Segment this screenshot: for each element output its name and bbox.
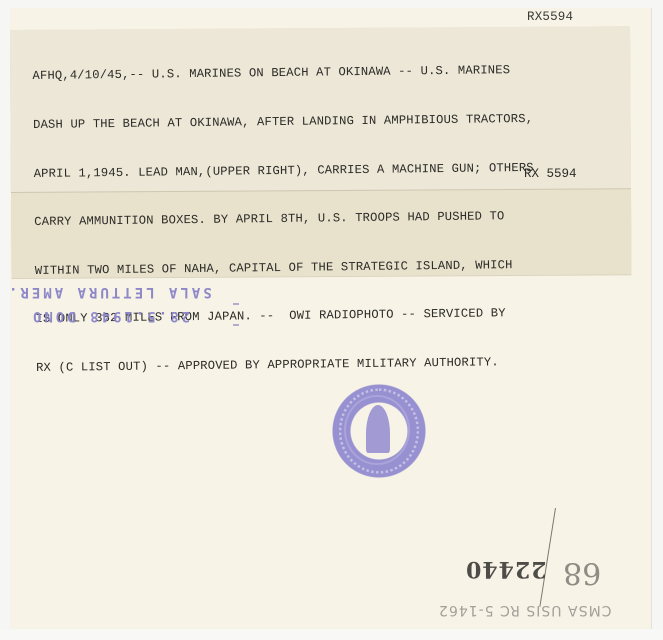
caption-text: AFHQ,4/10/45,-- U.S. MARINES ON BEACH AT… [32,29,636,393]
library-stamp-line1: SALA LETTURA AMER. [6,284,212,300]
stamp-dash [233,324,239,326]
reference-number-bottom: RX 5594 [524,167,577,181]
caption-line: RX (C LIST OUT) -- APPROVED BY APPROPRIA… [36,353,636,377]
library-stamp-line2: 28.5.1948 DONO [30,308,190,324]
scan-background-edge [0,630,663,640]
caption-line: WITHIN TWO MILES OF NAHA, CAPITAL OF THE… [35,255,635,279]
stamp-dash [233,303,239,305]
handwritten-number: 68 [563,555,601,590]
pencil-archive-note: CMSA USIS RC 5-1462 [438,602,611,618]
reference-number-top: RX5594 [527,10,573,24]
inventory-number-stamp: 22440 [465,556,547,582]
caption-line: DASH UP THE BEACH AT OKINAWA, AFTER LAND… [33,110,633,134]
ink-seal [330,379,428,483]
caption-line: CARRY AMMUNITION BOXES. BY APRIL 8TH, U.… [34,207,634,231]
caption-line: AFHQ,4/10/45,-- U.S. MARINES ON BEACH AT… [32,61,632,85]
